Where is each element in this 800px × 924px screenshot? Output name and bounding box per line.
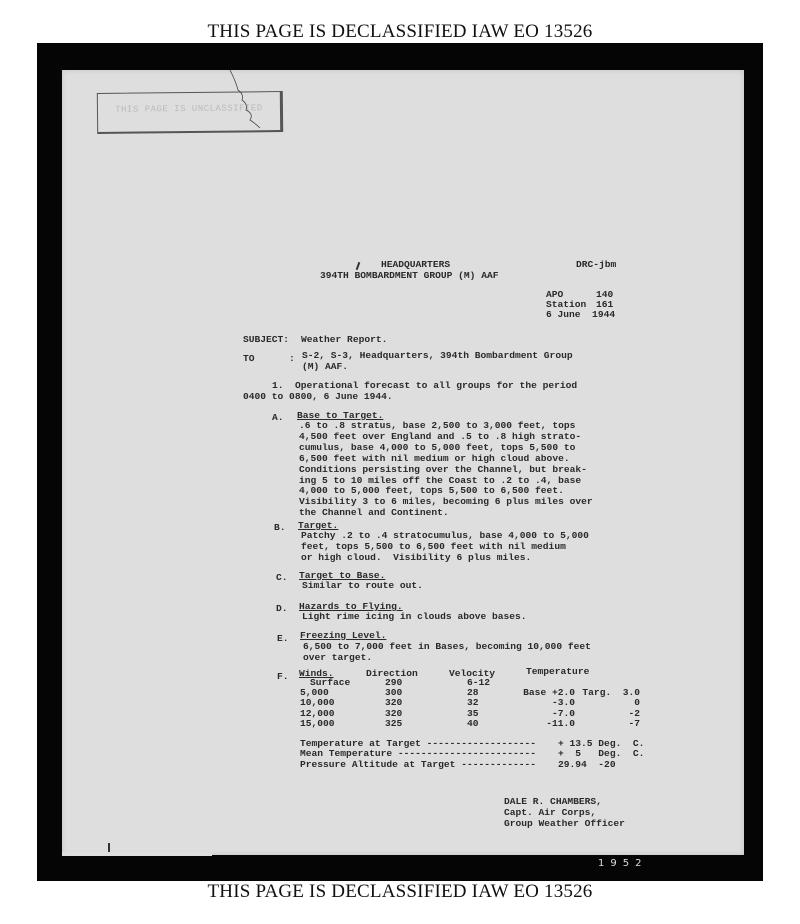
section-a-letter: A. [272,412,284,423]
section-b-letter: B. [274,522,286,533]
reference-code: DRC-jbm [576,259,616,270]
section-e-title: Freezing Level. [300,630,386,641]
to-value-cont: (M) AAF. [302,361,348,372]
section-line: ing 5 to 10 miles off the Coast to .2 to… [299,475,581,486]
winds-cell-dir: 325 [385,718,402,729]
section-line: 6,500 to 7,000 feet in Bases, becoming 1… [303,641,591,652]
section-line: Patchy .2 to .4 stratocumulus, base 4,00… [301,530,589,541]
section-line: 6,500 feet with nil medium or high cloud… [299,453,570,464]
section-line: Conditions persisting over the Channel, … [299,464,587,475]
header-group: 394TH BOMBARDMENT GROUP (M) AAF [320,270,498,281]
section-line: cumulus, base 4,000 to 5,000 feet, tops … [299,442,575,453]
section-d-letter: D. [276,603,288,614]
film-frame-number: 1952 [598,858,647,869]
winds-cell-alt: 15,000 [300,718,335,729]
signature-rank: Capt. Air Corps, [504,807,596,818]
section-c-letter: C. [276,572,288,583]
to-value: S-2, S-3, Headquarters, 394th Bombardmen… [302,350,573,361]
winds-cell-targ: -7 [520,718,640,729]
signature-name: DALE R. CHAMBERS, [504,796,602,807]
section-line: the Channel and Continent. [299,507,449,518]
summary-label: Mean Temperature -----------------------… [300,748,550,759]
torn-line-mark [226,70,276,140]
subject-value: Weather Report. [301,334,387,345]
section-line: Light rime icing in clouds above bases. [302,611,527,622]
section-line: 4,500 feet over England and .5 to .8 hig… [299,431,581,442]
summary-label: Pressure Altitude at Target ------------… [300,759,550,770]
winds-header-temperature: Temperature [526,666,589,677]
pen-mark [108,843,110,852]
header-hq: HEADQUARTERS [381,259,450,270]
paragraph-1: 1. Operational forecast to all groups fo… [272,380,577,391]
summary-value: + 5 Deg. C. [558,748,644,759]
paragraph-1-cont: 0400 to 0800, 6 June 1944. [243,391,393,402]
section-line: 4,000 to 5,000 feet, tops 5,500 to 6,500… [299,485,564,496]
section-line: feet, tops 5,500 to 6,500 feet with nil … [301,541,566,552]
document-date: 6 June 1944 [546,309,615,320]
page-edge [62,852,212,856]
section-line: or high cloud. Visibility 6 plus miles. [301,552,531,563]
subject-label: SUBJECT: [243,334,289,345]
section-line: Visibility 3 to 6 miles, becoming 6 plus… [299,496,593,507]
summary-value: 29.94 -20 [558,759,616,770]
signature-title: Group Weather Officer [504,818,625,829]
to-label: TO : [243,353,295,364]
summary-value: + 13.5 Deg. C. [558,738,644,749]
declassification-banner-bottom: THIS PAGE IS DECLASSIFIED IAW EO 13526 [0,881,800,903]
section-f-letter: F. [277,671,289,682]
declassification-banner-top: THIS PAGE IS DECLASSIFIED IAW EO 13526 [0,21,800,43]
section-line: .6 to .8 stratus, base 2,500 to 3,000 fe… [299,420,575,431]
section-line: over target. [303,652,372,663]
section-line: Similar to route out. [302,580,423,591]
section-e-letter: E. [277,633,289,644]
summary-label: Temperature at Target ------------------… [300,738,550,749]
